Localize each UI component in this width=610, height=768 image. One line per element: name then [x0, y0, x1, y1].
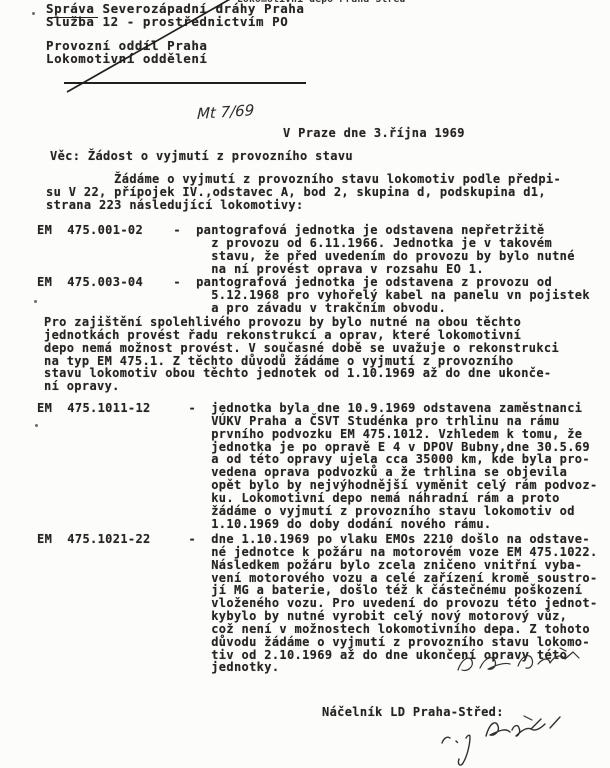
item-em-475-003: EM 475.003-04 - pantografová jednotka je…	[37, 276, 590, 315]
subject-line: Věc: Žádost o vyjmutí z provozního stavu	[50, 150, 353, 163]
letterhead-org: Správa Severozápadní dráhy Praha Služba …	[46, 3, 304, 29]
horizontal-rule	[64, 82, 306, 84]
handwritten-ref: Mt 7/69	[197, 101, 255, 123]
underline-rule	[48, 17, 98, 18]
document-page: Lokomotivní depo Praha Střed Správa Seve…	[0, 0, 610, 768]
signoff-line: Náčelník LD Praha-Střed:	[322, 706, 504, 719]
item-em-475-001: EM 475.001-02 - pantografová jednotka je…	[37, 224, 575, 275]
letterhead-dept: Provozní oddíl Praha Lokomotivní oddělen…	[46, 40, 208, 66]
dateline: V Praze dne 3.října 1969	[283, 127, 465, 140]
ink-speck	[34, 300, 37, 303]
ink-speck	[32, 12, 35, 15]
ink-speck	[35, 424, 38, 427]
middle-paragraph: Pro zajištění spolehlivého provozu by by…	[44, 316, 559, 393]
signature-handwritten-2	[428, 714, 588, 768]
item-em-475-1011: EM 475.1011-12 - jednotka byla dne 10.9.…	[37, 402, 598, 530]
item-em-475-1021: EM 475.1021-22 - dne 1.10.1969 po vlaku …	[37, 533, 598, 674]
intro-paragraph: Žádáme o vyjmutí z provozního stavu loko…	[46, 173, 561, 212]
